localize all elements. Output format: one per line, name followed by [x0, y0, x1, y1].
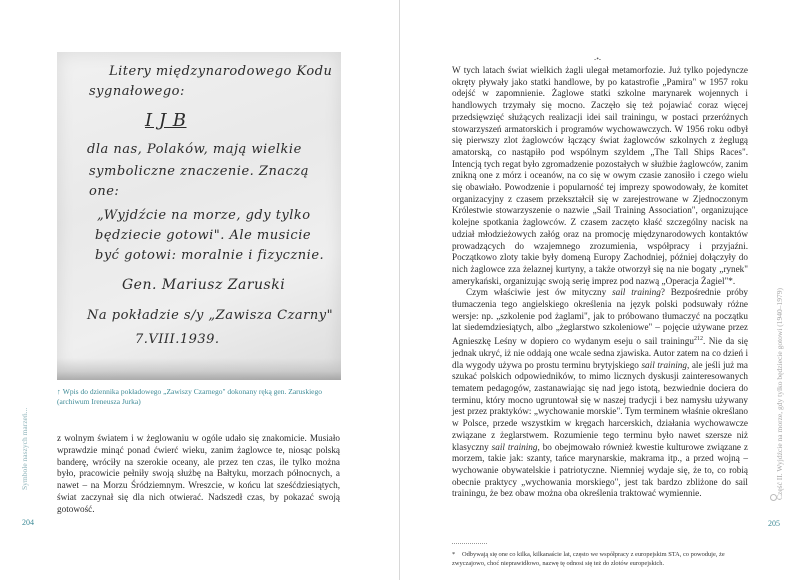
handwriting-line: dla nas, Polaków, mają wielkie: [87, 142, 302, 157]
running-head-left: Symbole naszych marzeń...: [20, 408, 29, 490]
italic-term: sail training: [492, 442, 538, 452]
body-text-left: z wolnym światem i w żeglowaniu w ogóle …: [57, 433, 340, 516]
paragraph: W tych latach świat wielkich żagli ulega…: [452, 65, 748, 287]
page-number-right: 205: [768, 519, 780, 528]
text-run: Czym właściwie jest ów mityczny: [466, 287, 612, 297]
footnote-text: Odbywają się one co kilka, kilkanaście l…: [452, 551, 725, 567]
handwriting-line: Na pokładzie s/y „Zawisza Czarny": [87, 308, 333, 323]
handwriting-date: 7.VIII.1939.: [135, 332, 220, 347]
italic-term: sail training: [612, 287, 661, 297]
footnote-divider: [452, 543, 487, 544]
paragraph: z wolnym światem i w żeglowaniu w ogóle …: [57, 433, 340, 516]
left-page: Litery międzynarodowego Kodu sygnałowego…: [0, 0, 400, 580]
section-divider: -•-: [594, 55, 601, 63]
paper-fold: [57, 358, 341, 380]
footnote: *Odbywają się one co kilka, kilkanaście …: [452, 551, 752, 568]
paragraph: Czym właściwie jest ów mityczny sail tra…: [452, 287, 748, 500]
handwriting-line: będziecie gotowi". Ale musicie: [95, 228, 311, 243]
running-head-right: Część II. Wyjdźcie na morze, gdy tylko b…: [775, 288, 784, 500]
handwriting-line: one:: [89, 184, 119, 199]
body-text-right: W tych latach świat wielkich żagli ulega…: [452, 65, 748, 500]
page-number-left: 204: [22, 518, 34, 527]
caption-text: Wpis do dziennika pokładowego „Zawiszy C…: [57, 387, 322, 406]
photo-caption: ↑Wpis do dziennika pokładowego „Zawiszy …: [57, 387, 342, 407]
handwriting-signature: Gen. Mariusz Zaruski: [122, 277, 285, 293]
handwriting-line: I J B: [145, 110, 187, 131]
footnote-reference[interactable]: 212: [694, 336, 703, 342]
footnote-mark: *: [452, 551, 462, 560]
handwriting-line: „Wyjdźcie na morze, gdy tylko: [97, 208, 311, 223]
handwriting-line: być gotowi: moralnie i fizycznie.: [95, 248, 324, 263]
handwriting-line: Litery międzynarodowego Kodu: [109, 64, 332, 79]
logbook-photo: Litery międzynarodowego Kodu sygnałowego…: [57, 52, 341, 380]
arrow-up-icon: ↑: [57, 387, 61, 396]
handwriting-line: symboliczne znaczenie. Znaczą: [89, 164, 309, 179]
text-run: , ale jeśli już ma szukać polskich odpow…: [452, 360, 748, 452]
handwriting-line: sygnałowego:: [89, 84, 185, 99]
italic-term: sail training: [641, 360, 686, 370]
